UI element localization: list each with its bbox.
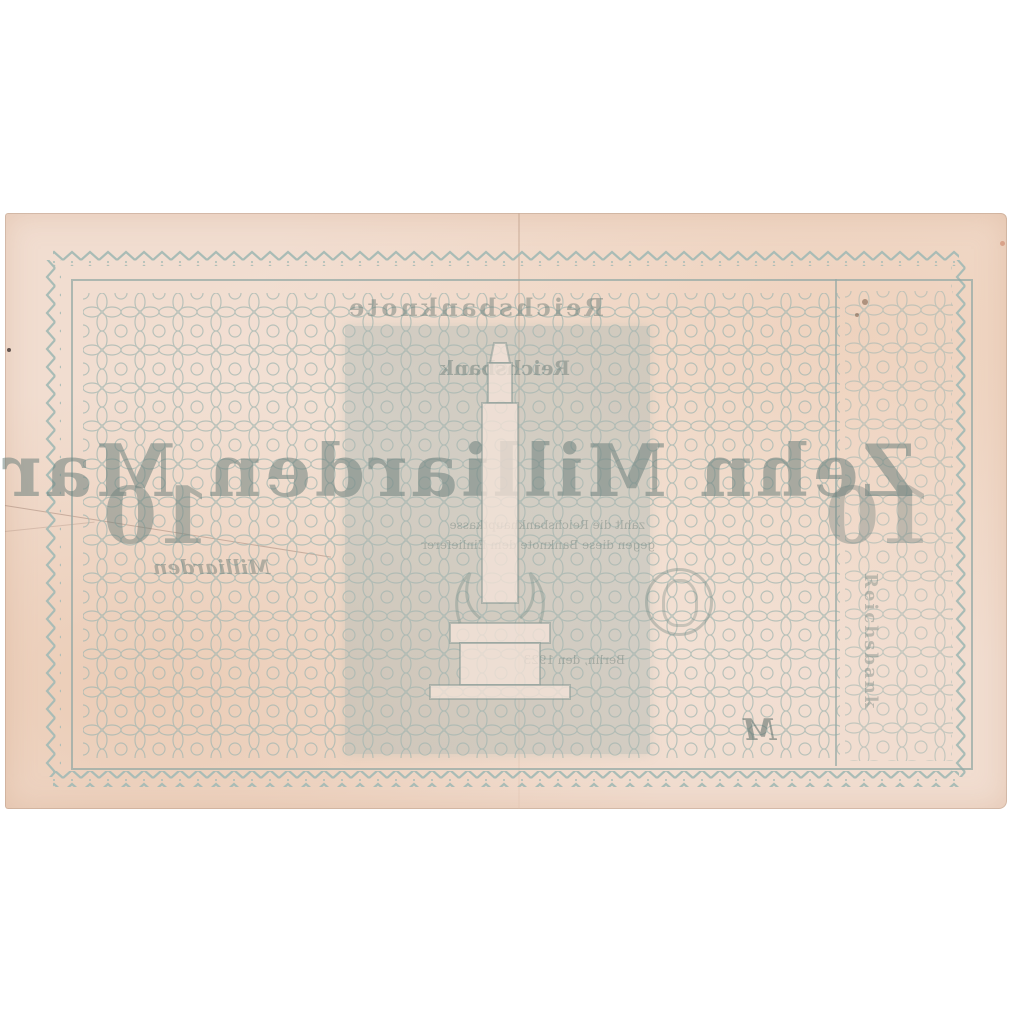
milliard-text: Milliarden xyxy=(153,555,270,579)
stain-spot xyxy=(1000,241,1005,246)
obelisk-monument-icon xyxy=(420,323,580,743)
stain-spot xyxy=(855,313,859,317)
top-line-mirrored: Reichsbanknote xyxy=(85,293,865,323)
seal-emblem-icon xyxy=(662,579,698,627)
denomination-left: 10 xyxy=(103,471,212,562)
vertical-text: Reichsbank xyxy=(860,573,881,710)
signature: M xyxy=(743,713,776,748)
banknote: Reichsbanknote Reichsbank Zehn Milliarde… xyxy=(5,213,1007,809)
stain-spot xyxy=(862,299,868,305)
denomination-right: 10 xyxy=(825,471,934,562)
stain-spot xyxy=(7,348,11,352)
circular-seal-icon xyxy=(645,568,713,636)
